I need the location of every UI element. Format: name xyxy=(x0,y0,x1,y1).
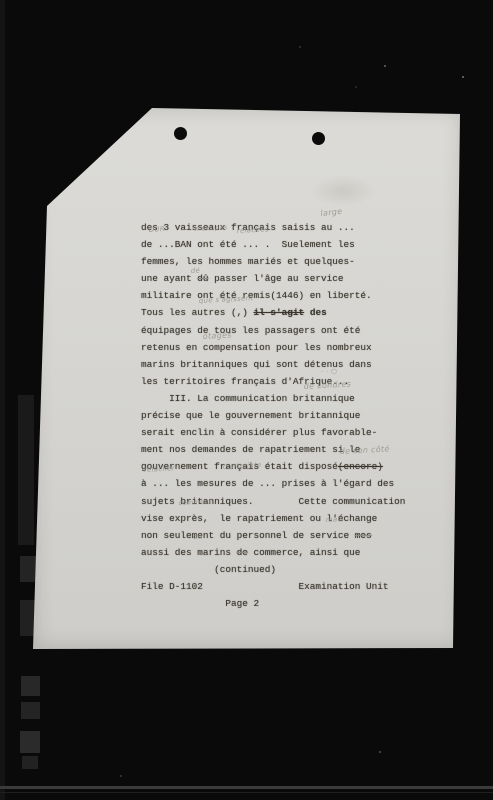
bottom-scan-line xyxy=(0,792,493,793)
typed-line: femmes, les hommes mariés et quelques- xyxy=(141,253,405,270)
typed-line: vise exprès, le rapatriement ou l'échang… xyxy=(141,510,405,527)
typed-line: File D-1102 Examination Unit xyxy=(141,578,405,595)
pencil-annotation: comment xyxy=(179,497,212,507)
typed-segment: dû xyxy=(197,273,208,284)
typed-segment: commerce, ainsi que xyxy=(248,547,361,558)
typed-line: des 3 vaisseaux français saisis au ... xyxy=(141,219,405,236)
typed-segment: mes xyxy=(355,530,372,541)
typed-segment: aussi des marins xyxy=(141,547,237,558)
typed-segment: serait enclin à considérer plus favorabl… xyxy=(141,427,377,438)
typed-line: serait enclin à considérer plus favorabl… xyxy=(141,424,405,441)
typed-segment: militaire ont été remis(1446) en liberté… xyxy=(141,290,372,301)
pencil-annotation: du xyxy=(193,533,203,541)
document-page: des 3 vaisseaux français saisis au ...de… xyxy=(33,108,463,649)
pencil-annotation: DUR xyxy=(148,225,165,234)
typed-line: à ... les mesures de ... prises à l'égar… xyxy=(141,475,405,492)
scan-artifact xyxy=(21,676,40,696)
typed-line: les territoires français d'Afrique... xyxy=(141,373,405,390)
typed-segment: équipages de tous les passagers ont été xyxy=(141,325,360,336)
scan-artifact xyxy=(20,731,40,753)
punch-hole xyxy=(174,127,187,140)
typed-line: militaire ont été remis(1446) en liberté… xyxy=(141,287,405,304)
typed-line: précise que le gouvernement britannique xyxy=(141,407,405,424)
typed-segment: (continued) xyxy=(141,564,276,575)
typed-segment: ment nos demandes de rapatriement si le xyxy=(141,444,360,455)
typed-segment: des xyxy=(310,307,327,318)
typed-text: des 3 vaisseaux français saisis au ...de… xyxy=(141,219,405,612)
typed-segment: retenus en compensation pour les nombreu… xyxy=(141,342,372,353)
typed-segment: femmes, les hommes mariés et quelques- xyxy=(141,256,355,267)
typed-segment: à ... les mesures de ... prises à l'égar… xyxy=(141,478,394,489)
typed-line: Tous les autres (,) il s'agit des xyxy=(141,304,405,321)
pencil-annotation: large xyxy=(320,207,343,218)
scan-artifact xyxy=(18,395,34,545)
typed-segment: File D-1102 Examination Unit xyxy=(141,581,389,592)
typed-line: gouvernement français était disposé(enco… xyxy=(141,458,405,475)
pencil-annotation: otages xyxy=(203,330,232,341)
typed-segment: Tous les autres (,) xyxy=(141,307,254,318)
typed-line: de ...BAN ont été ... . Suelement les xyxy=(141,236,405,253)
pencil-annotation: mais xyxy=(326,515,344,524)
punch-hole xyxy=(312,132,325,145)
pencil-annotation: relâchés xyxy=(237,225,269,235)
typed-segment: une ayant xyxy=(141,273,197,284)
pencil-annotation: dé xyxy=(191,267,201,275)
dust-specks xyxy=(0,0,2,2)
typed-segment: III. La communication britannique xyxy=(141,393,355,404)
scan-artifact xyxy=(21,702,40,719)
typed-line: retenus en compensation pour les nombreu… xyxy=(141,339,405,356)
typed-line: une ayant dû passer l'âge au service xyxy=(141,270,405,287)
typed-line: équipages de tous les passagers ont été xyxy=(141,322,405,339)
pencil-annotation: relâcher xyxy=(144,464,176,474)
typed-segment: de ...BAN ont été ... . Suelement les xyxy=(141,239,355,250)
bottom-scan-line xyxy=(0,786,493,789)
pencil-annotation: n'ont pas xyxy=(195,223,228,233)
typed-segment: passer l'âge au service xyxy=(209,273,344,284)
pencil-annotation: · · ○ xyxy=(321,367,338,376)
typed-line: non seulement du personnel de service me… xyxy=(141,527,405,544)
typed-line: III. La communication britannique xyxy=(141,390,405,407)
typed-segment: précise que le gouvernement britannique xyxy=(141,410,360,421)
typed-segment: il s'agit xyxy=(254,307,305,318)
typed-segment: (encore) xyxy=(338,461,383,472)
scan-artifact xyxy=(0,0,5,800)
typed-segment: non seulement du personnel de service xyxy=(141,530,355,541)
scan-artifact xyxy=(22,756,38,769)
typed-line: aussi des marins de commerce, ainsi que xyxy=(141,544,405,561)
typed-segment: Page 2 xyxy=(141,598,259,609)
typed-line: marins britanniques qui sont détenus dan… xyxy=(141,356,405,373)
typed-line: Page 2 xyxy=(141,595,405,612)
pencil-smudge xyxy=(311,176,375,206)
typed-line: (continued) xyxy=(141,561,405,578)
photo-background: des 3 vaisseaux français saisis au ...de… xyxy=(0,0,493,800)
typed-segment: de xyxy=(237,547,248,558)
